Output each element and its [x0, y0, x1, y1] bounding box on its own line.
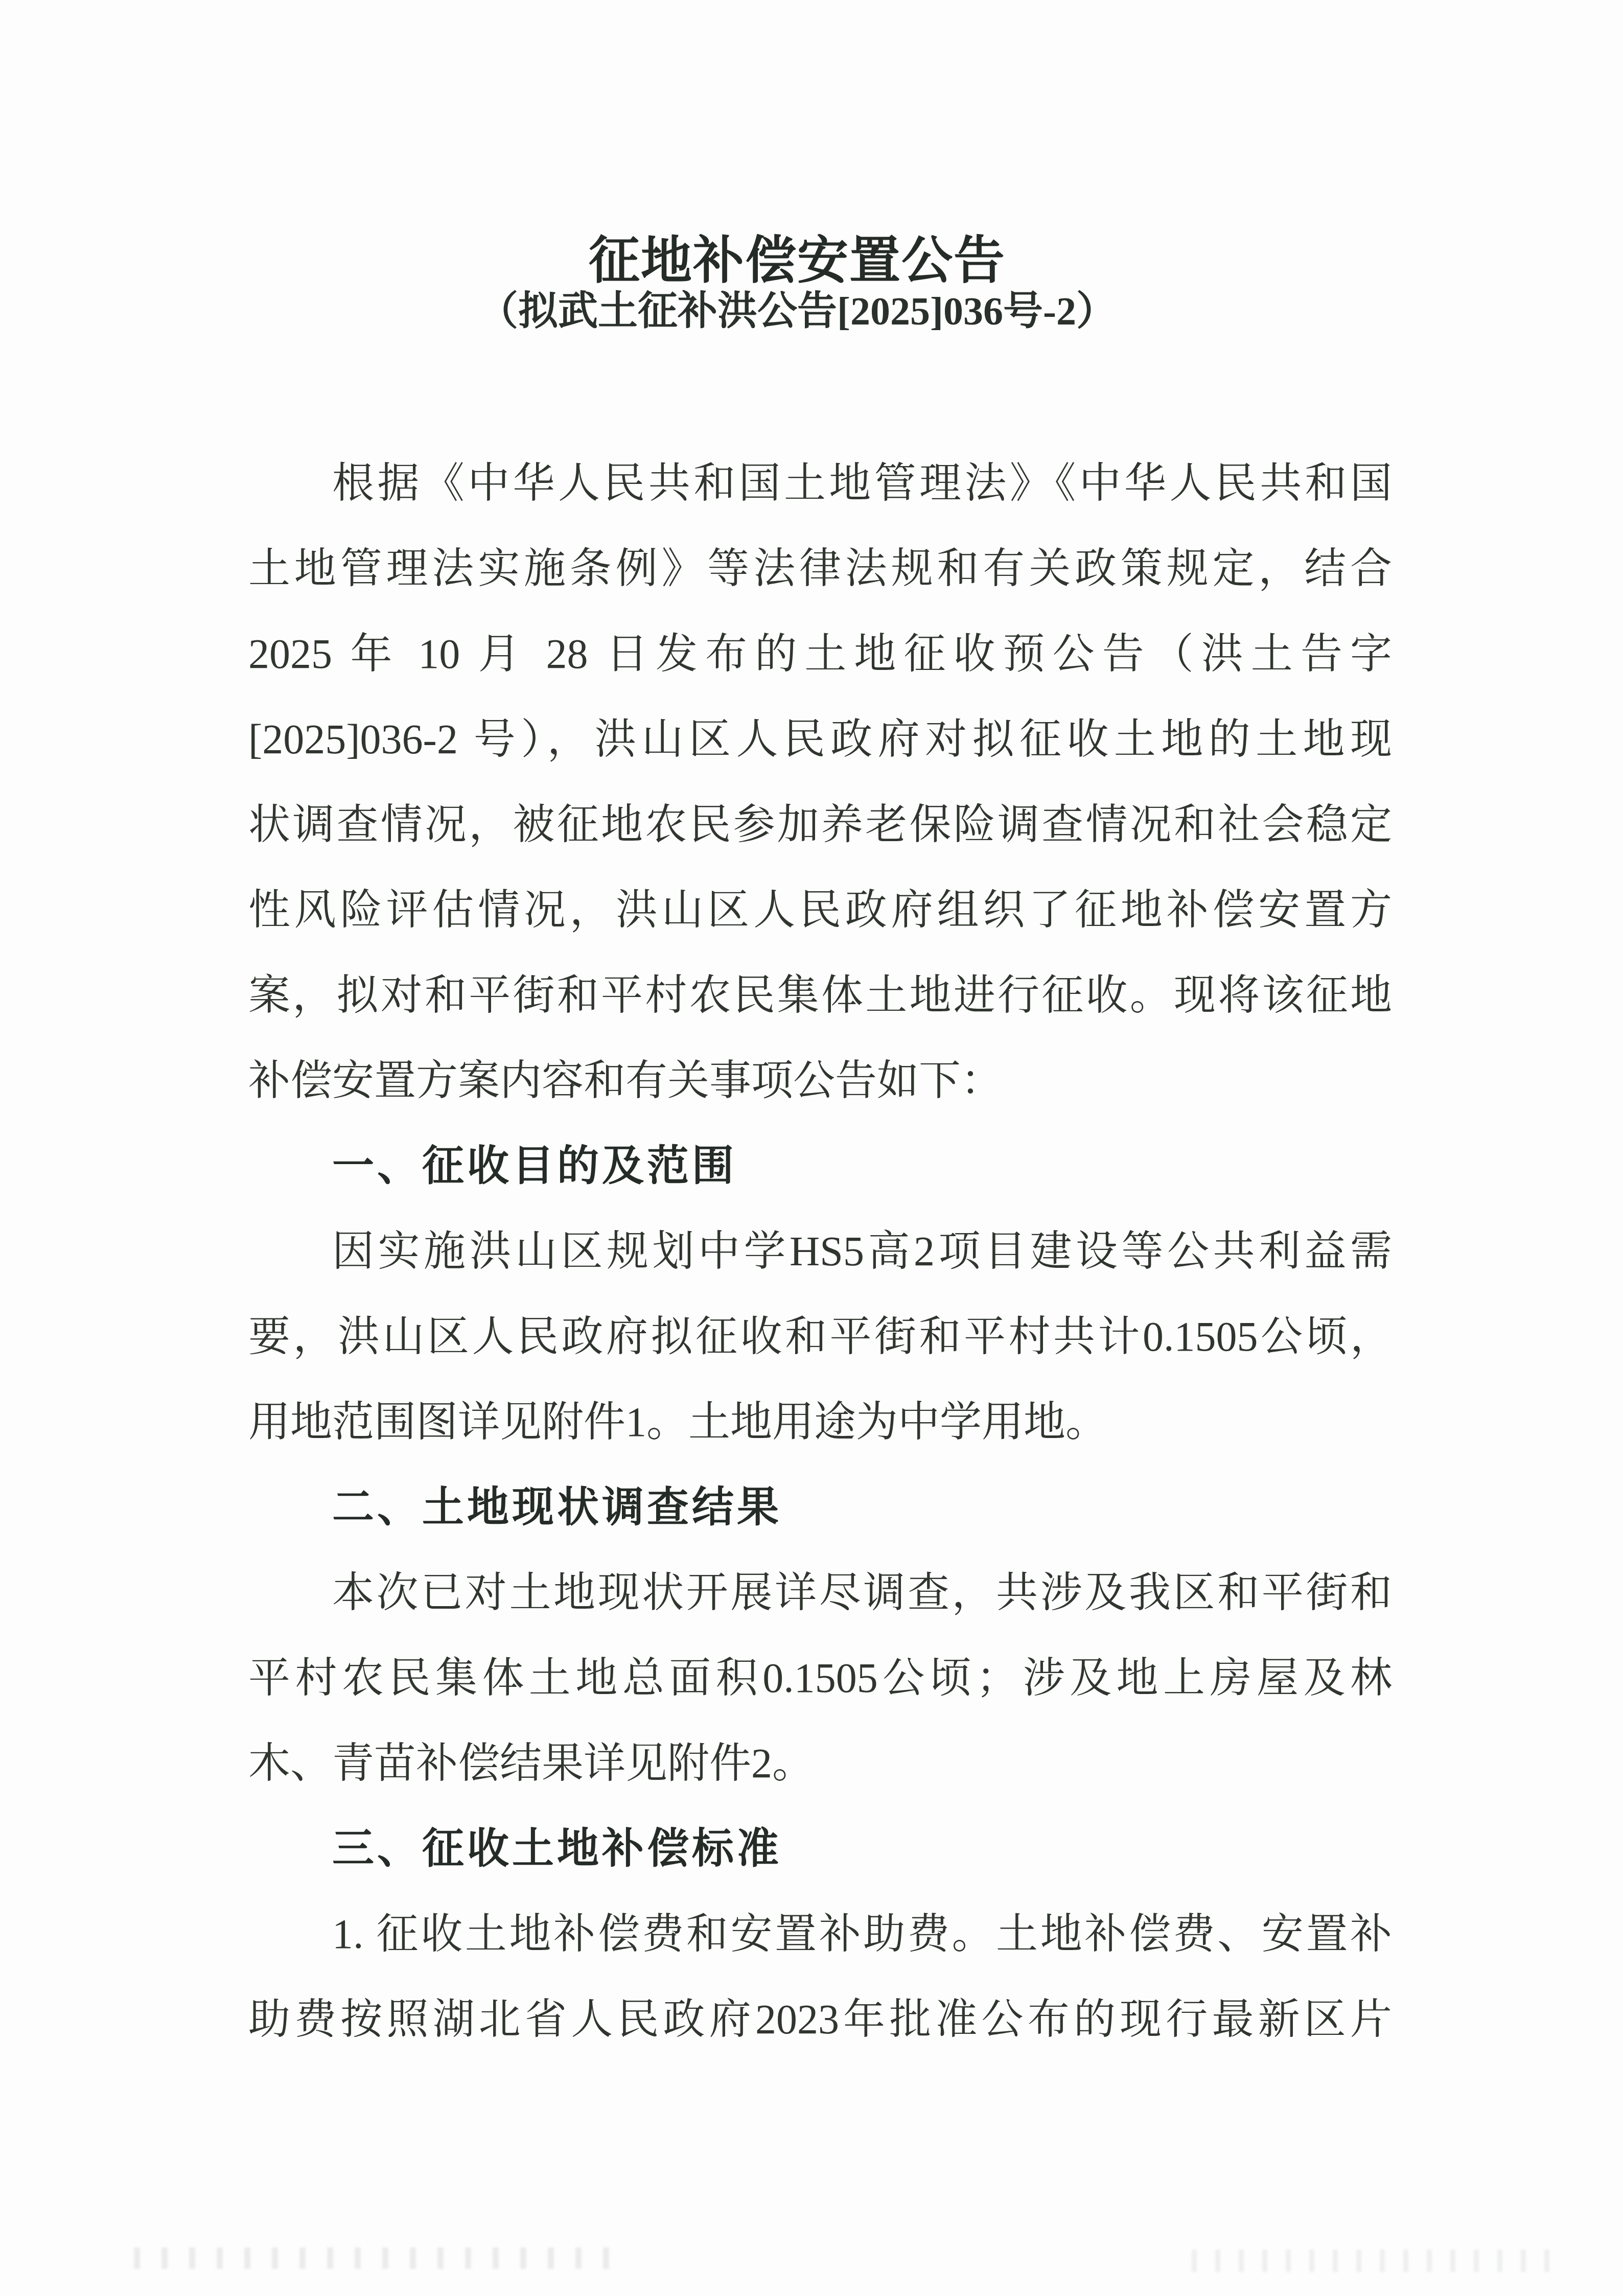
section-heading-1: 一、征收目的及范围: [248, 1123, 1392, 1209]
body-line: 补偿安置方案内容和有关事项公告如下：: [248, 1038, 1392, 1123]
body-line: 1. 征收土地补偿费和安置补助费。土地补偿费、安置补: [248, 1891, 1392, 1977]
scan-smudge-left: [134, 2247, 628, 2269]
body-line: 木、青苗补偿结果详见附件2。: [248, 1721, 1392, 1806]
body-line: 状调查情况，被征地农民参加养老保险调查情况和社会稳定: [248, 782, 1392, 867]
scan-smudge-right: [1192, 2249, 1564, 2272]
body-line: 助费按照湖北省人民政府2023年批准公布的现行最新区片: [248, 1977, 1392, 2062]
document-number: （拟武土征补洪公告[2025]036号-2）: [225, 291, 1369, 331]
body-line: [2025]036-2 号），洪山区人民政府对拟征收土地的土地现: [248, 697, 1392, 782]
body-line: 性风险评估情况，洪山区人民政府组织了征地补偿安置方: [248, 867, 1392, 953]
body-line: 要，洪山区人民政府拟征收和平街和平村共计0.1505公顷，: [248, 1294, 1392, 1379]
body-line: 用地范围图详见附件1。土地用途为中学用地。: [248, 1379, 1392, 1465]
body-line: 本次已对土地现状开展详尽调查，共涉及我区和平街和: [248, 1550, 1392, 1635]
body-line: 2025 年 10 月 28 日发布的土地征收预公告（洪土告字: [248, 611, 1392, 697]
body-line: 土地管理法实施条例》等法律法规和有关政策规定，结合: [248, 526, 1392, 611]
body-line: 因实施洪山区规划中学HS5高2项目建设等公共利益需: [248, 1209, 1392, 1294]
body-line: 根据《中华人民共和国土地管理法》《中华人民共和国: [248, 440, 1392, 526]
section-heading-2: 二、土地现状调查结果: [248, 1465, 1392, 1550]
document-title: 征地补偿安置公告: [225, 236, 1369, 287]
section-heading-3: 三、征收土地补偿标准: [248, 1806, 1392, 1891]
document-page: 征地补偿安置公告 （拟武土征补洪公告[2025]036号-2） 根据《中华人民共…: [0, 0, 1623, 2296]
body-line: 案，拟对和平街和平村农民集体土地进行征收。现将该征地: [248, 953, 1392, 1038]
document-body: 根据《中华人民共和国土地管理法》《中华人民共和国 土地管理法实施条例》等法律法规…: [248, 440, 1392, 2062]
body-line: 平村农民集体土地总面积0.1505公顷；涉及地上房屋及林: [248, 1635, 1392, 1721]
